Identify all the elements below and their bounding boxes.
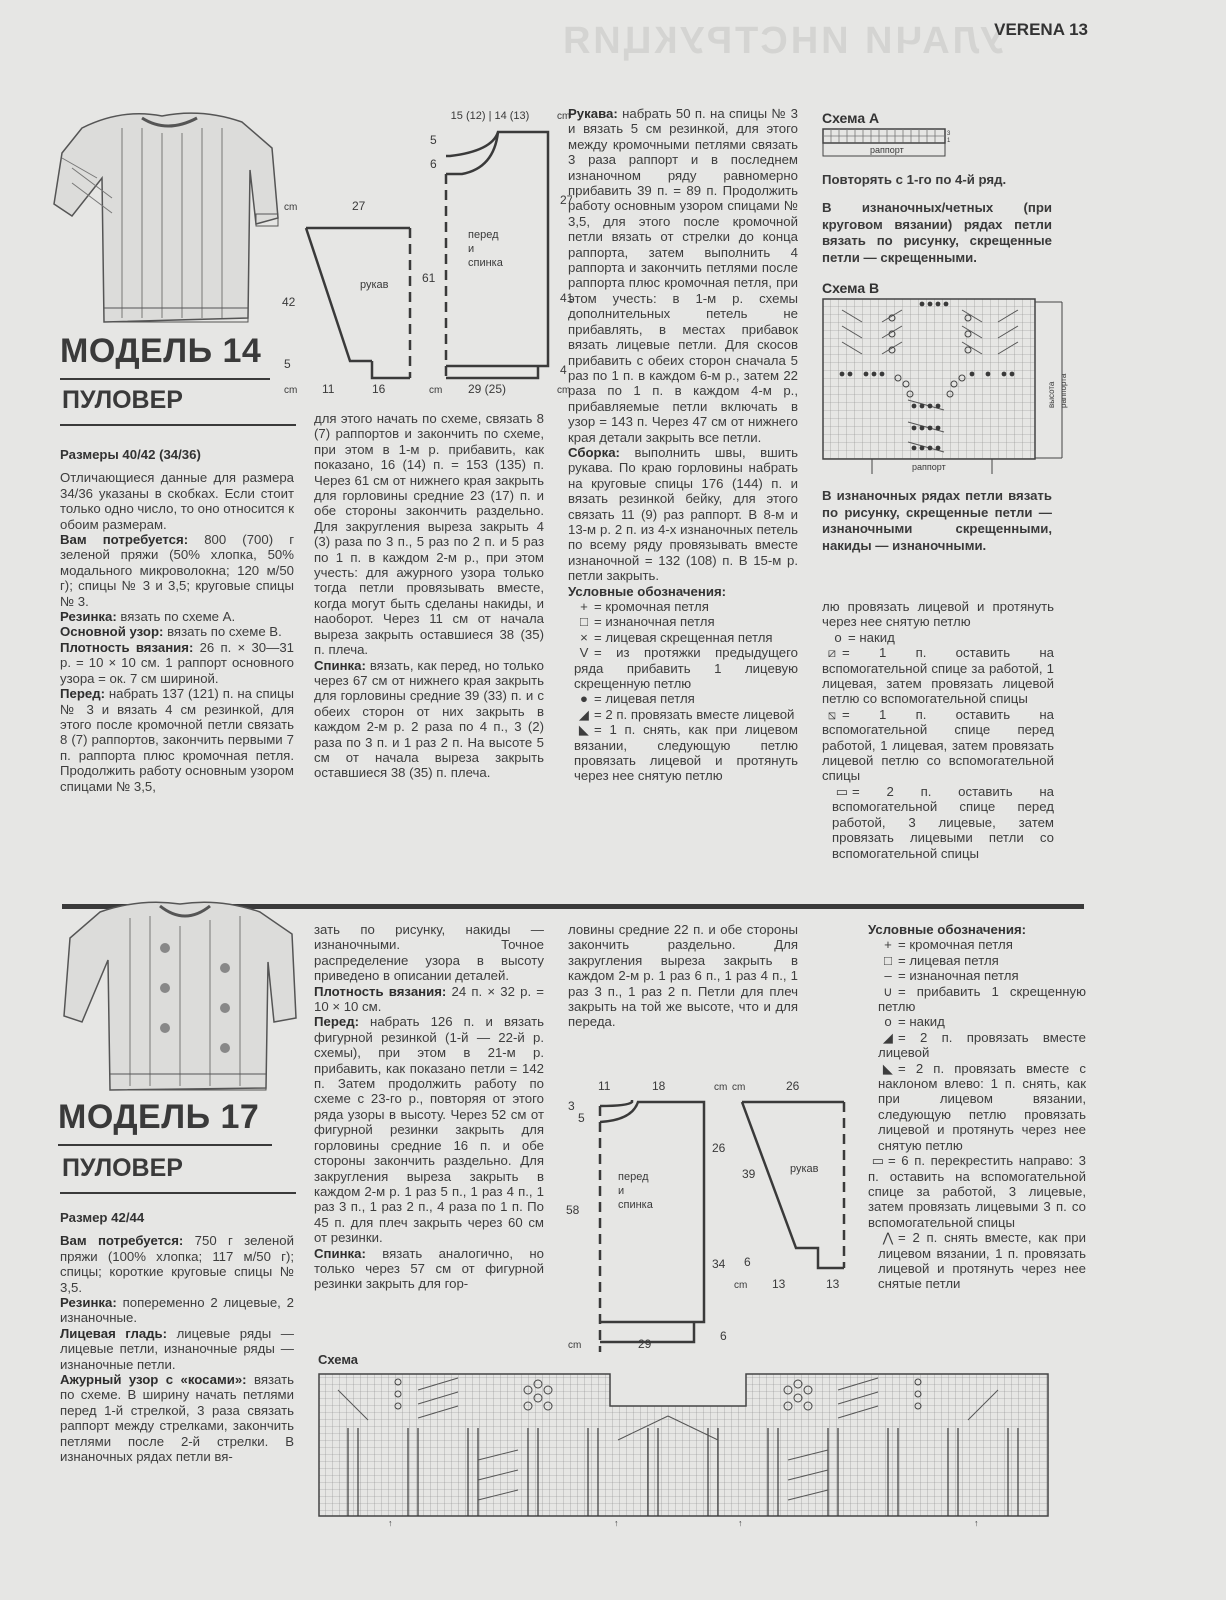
legend-text: = 2 п. провязать вместе лицевой <box>594 707 794 722</box>
legend-heading: Условные обозначения: <box>568 584 798 599</box>
svg-text:3: 3 <box>568 1099 575 1113</box>
svg-text:высота: высота <box>1047 381 1056 408</box>
cross-left-symbol-icon: ⧄ <box>822 645 842 660</box>
svg-text:26: 26 <box>786 1079 800 1093</box>
legend-text: = 2 п. провязать вместе лицевой <box>878 1030 1086 1060</box>
divider <box>60 424 296 426</box>
legend-text: = изнаночная петля <box>898 968 1019 983</box>
legend-text: = накид <box>848 630 895 645</box>
scheme-a-chart: раппорт 3 1 <box>822 128 952 158</box>
assembly-label: Сборка: <box>568 445 620 460</box>
model14-title: МОДЕЛЬ 14 <box>60 332 261 371</box>
svg-text:6: 6 <box>720 1329 727 1343</box>
scheme-17-label: Схема <box>318 1352 358 1367</box>
ssk-symbol-icon: ◣ <box>878 1061 898 1076</box>
openwork-label: Ажурный узор с «косами»: <box>60 1372 247 1387</box>
model17-subtitle: ПУЛОВЕР <box>62 1154 183 1183</box>
svg-text:61: 61 <box>422 271 436 285</box>
model14-column-2: для этого начать по схеме, связать 8 (7)… <box>314 411 544 781</box>
purl-stitch-symbol-icon: – <box>878 968 898 983</box>
twisted-knit-symbol-icon: × <box>574 630 594 645</box>
back-label: Спинка: <box>314 1246 366 1261</box>
back-text-continued: ловины средние 22 п. и обе стороны закон… <box>568 922 798 1030</box>
legend-text: = 1 п. снять, как при лицевом вязании, с… <box>574 722 798 783</box>
legend-text: = 6 п. перекрестить направо: 3 п. остави… <box>868 1153 1086 1230</box>
svg-text:5: 5 <box>578 1111 585 1125</box>
svg-text:cm: cm <box>714 1082 727 1093</box>
scheme-b-chart: раппорт высота раппорта <box>822 298 1072 478</box>
svg-text:cm: cm <box>284 385 297 396</box>
yarn-over-symbol-icon: o <box>828 630 848 645</box>
svg-text:3: 3 <box>947 131 951 137</box>
cable-symbol-icon: ▭ <box>832 784 852 799</box>
edge-stitch-symbol-icon: + <box>878 937 898 952</box>
model17-legend: Условные обозначения: += кромочная петля… <box>868 922 1086 1292</box>
legend-text: = кромочная петля <box>898 937 1013 952</box>
model14-column-4: лю провязать лицевой и протянуть через н… <box>822 599 1054 861</box>
svg-text:5: 5 <box>430 133 437 147</box>
svg-text:↑: ↑ <box>974 1518 979 1528</box>
openwork-text-continued: зать по рисунку, накиды — изнаночными. Т… <box>314 922 544 984</box>
model17-column-1: Размер 42/44 Вам потребуется: 750 г зеле… <box>60 1210 294 1465</box>
svg-text:перед: перед <box>618 1171 649 1183</box>
rib-label: Резинка: <box>60 609 117 624</box>
magazine-name: VERENA <box>994 20 1064 39</box>
rib-label: Резинка: <box>60 1295 117 1310</box>
back-text: вязать, как перед, но только через 67 см… <box>314 658 544 781</box>
svg-text:cm: cm <box>734 1280 747 1291</box>
front-label: Перед: <box>314 1014 359 1029</box>
svg-text:34: 34 <box>712 1257 726 1271</box>
svg-text:42: 42 <box>282 295 296 309</box>
svg-text:перед: перед <box>468 229 499 241</box>
legend-text: = из протяжки предыдущего ряда прибавить… <box>574 645 798 691</box>
gauge-label: Плотность вязания: <box>60 640 193 655</box>
increase-symbol-icon: ∪ <box>878 984 898 999</box>
scheme-17-chart: ↑↑↑↑ <box>318 1370 1058 1530</box>
double-decrease-symbol-icon: ⋀ <box>878 1230 898 1245</box>
svg-text:26: 26 <box>712 1141 726 1155</box>
svg-text:39: 39 <box>742 1167 756 1181</box>
page-header: VERENA 13 <box>994 20 1088 40</box>
svg-text:58: 58 <box>566 1203 580 1217</box>
purl-stitch-symbol-icon: □ <box>574 614 594 629</box>
increase-symbol-icon: V <box>574 645 594 660</box>
model14-column-3: Рукава: набрать 50 п. на спицы № 3 и вяз… <box>568 106 798 784</box>
svg-text:29: 29 <box>638 1337 652 1351</box>
divider <box>58 1144 272 1146</box>
front-label: Перед: <box>60 686 105 701</box>
sweater-illustration-model14 <box>52 108 282 328</box>
main-pattern-label: Основной узор: <box>60 624 163 639</box>
needs-label: Вам потребуется: <box>60 532 188 547</box>
svg-text:5: 5 <box>284 357 291 371</box>
legend-text: = накид <box>898 1014 945 1029</box>
schematic-model14: 15 (12) | 14 (13) cm 5 6 cm 27 рукав 42 … <box>272 106 572 396</box>
sleeves-text: набрать 50 п. на спицы № 3 и вязать 5 см… <box>568 106 798 445</box>
scheme-b-note: В изнаночных рядах петли вязать по рисун… <box>822 488 1052 554</box>
legend-text: = 2 п. провязать вместе с наклоном влево… <box>878 1061 1086 1153</box>
divider <box>60 1192 296 1194</box>
svg-text:рукав: рукав <box>360 279 389 291</box>
knit-stitch-symbol-icon: ● <box>574 691 594 706</box>
schematic-model17: 11 18 cm cm 3 5 перед и спинка 58 26 34 … <box>558 1076 858 1352</box>
svg-text:cm: cm <box>429 385 442 396</box>
sweater-illustration-model17 <box>60 898 300 1098</box>
svg-text:cm: cm <box>568 1340 581 1351</box>
assembly-text: выполнить швы, вшить рукава. По краю гор… <box>568 445 798 583</box>
rib-text: вязать по схеме А. <box>117 609 235 624</box>
svg-text:cm: cm <box>732 1082 745 1093</box>
legend-text: = лицевая петля <box>898 953 999 968</box>
legend-text: = 2 п. оставить на вспомогательной спице… <box>832 784 1054 861</box>
svg-text:13: 13 <box>772 1277 786 1291</box>
svg-text:раппорт: раппорт <box>912 462 946 472</box>
svg-text:27: 27 <box>352 199 366 213</box>
knit-stitch-symbol-icon: □ <box>878 953 898 968</box>
front-text: набрать 126 п. и вязать фигурной резинко… <box>314 1014 544 1245</box>
needs-label: Вам потребуется: <box>60 1233 183 1248</box>
legend-text: = прибавить 1 скрещенную петлю <box>878 984 1086 1014</box>
legend-heading: Условные обозначения: <box>868 922 1086 937</box>
scheme-a-note-repeat: Повторять с 1-го по 4-й ряд. <box>822 172 1062 189</box>
ssk-symbol-icon: ◣ <box>574 722 594 737</box>
svg-text:29 (25): 29 (25) <box>468 382 506 396</box>
model17-column-2: зать по рисунку, накиды — изнаночными. Т… <box>314 922 544 1292</box>
svg-text:спинка: спинка <box>618 1199 654 1211</box>
svg-text:и: и <box>618 1185 624 1197</box>
scheme-a-label: Схема А <box>822 110 879 126</box>
svg-text:6: 6 <box>744 1255 751 1269</box>
svg-text:раппорт: раппорт <box>870 145 904 155</box>
svg-text:4: 4 <box>560 363 567 377</box>
scheme-a-note-purl-rows: В изнаночных/четных (при круговом вязани… <box>822 200 1052 266</box>
model17-column-3: ловины средние 22 п. и обе стороны закон… <box>568 922 798 1030</box>
cable-6-right-symbol-icon: ▭ <box>868 1153 888 1168</box>
k2tog-symbol-icon: ◢ <box>574 707 594 722</box>
svg-text:13: 13 <box>826 1277 840 1291</box>
svg-text:и: и <box>468 243 474 255</box>
svg-text:11: 11 <box>598 1079 611 1093</box>
yarn-over-symbol-icon: o <box>878 1014 898 1029</box>
svg-text:16: 16 <box>372 382 386 396</box>
svg-text:11: 11 <box>322 382 335 396</box>
ghost-bleedthrough-text: УЛАЧИ ИНСТРУКЦИЯ <box>560 20 1005 63</box>
model14-column-1: Размеры 40/42 (34/36) Отличающиеся данны… <box>60 447 294 794</box>
sizes-heading: Размеры 40/42 (34/36) <box>60 447 294 462</box>
divider <box>60 378 270 380</box>
legend-text: = лицевая скрещенная петля <box>594 630 773 645</box>
cross-right-symbol-icon: ⧅ <box>822 707 842 722</box>
back-label: Спинка: <box>314 658 366 673</box>
page-number: 13 <box>1069 20 1088 39</box>
gauge-label: Плотность вязания: <box>314 984 446 999</box>
svg-text:↑: ↑ <box>738 1518 743 1528</box>
main-pattern-text: вязать по схеме В. <box>163 624 281 639</box>
svg-text:раппорта: раппорта <box>1059 373 1068 408</box>
edge-stitch-symbol-icon: + <box>574 599 594 614</box>
stockinette-label: Лицевая гладь: <box>60 1326 167 1341</box>
k2tog-symbol-icon: ◢ <box>878 1030 898 1045</box>
svg-text:6: 6 <box>430 157 437 171</box>
sizes-intro: Отличающиеся данные для размера 34/36 ук… <box>60 470 294 532</box>
model14-subtitle: ПУЛОВЕР <box>62 386 183 415</box>
svg-text:рукав: рукав <box>790 1163 819 1175</box>
svg-text:спинка: спинка <box>468 257 504 269</box>
legend-text: = 1 п. оставить на вспомогательной спице… <box>822 707 1054 784</box>
front-text-continued: для этого начать по схеме, связать 8 (7)… <box>314 411 544 658</box>
svg-text:15 (12) | 14 (13): 15 (12) | 14 (13) <box>451 110 530 122</box>
svg-text:1: 1 <box>947 138 951 144</box>
size-heading: Размер 42/44 <box>60 1210 294 1225</box>
sleeves-label: Рукава: <box>568 106 618 121</box>
legend-text: = 2 п. снять вместе, как при лицевом вяз… <box>878 1230 1086 1291</box>
scheme-b-label: Схема В <box>822 280 879 296</box>
model17-title: МОДЕЛЬ 17 <box>58 1098 259 1137</box>
svg-text:cm: cm <box>284 202 297 213</box>
legend-text: = лицевая петля <box>594 691 695 706</box>
svg-text:18: 18 <box>652 1079 666 1093</box>
svg-text:↑: ↑ <box>388 1518 393 1528</box>
legend-text: = изнаночная петля <box>594 614 715 629</box>
legend-text: = 1 п. оставить на вспомогательной спице… <box>822 645 1054 706</box>
legend-text: = кромочная петля <box>594 599 709 614</box>
front-text: набрать 137 (121) п. на спицы № 3 и вяза… <box>60 686 294 793</box>
svg-text:↑: ↑ <box>614 1518 619 1528</box>
